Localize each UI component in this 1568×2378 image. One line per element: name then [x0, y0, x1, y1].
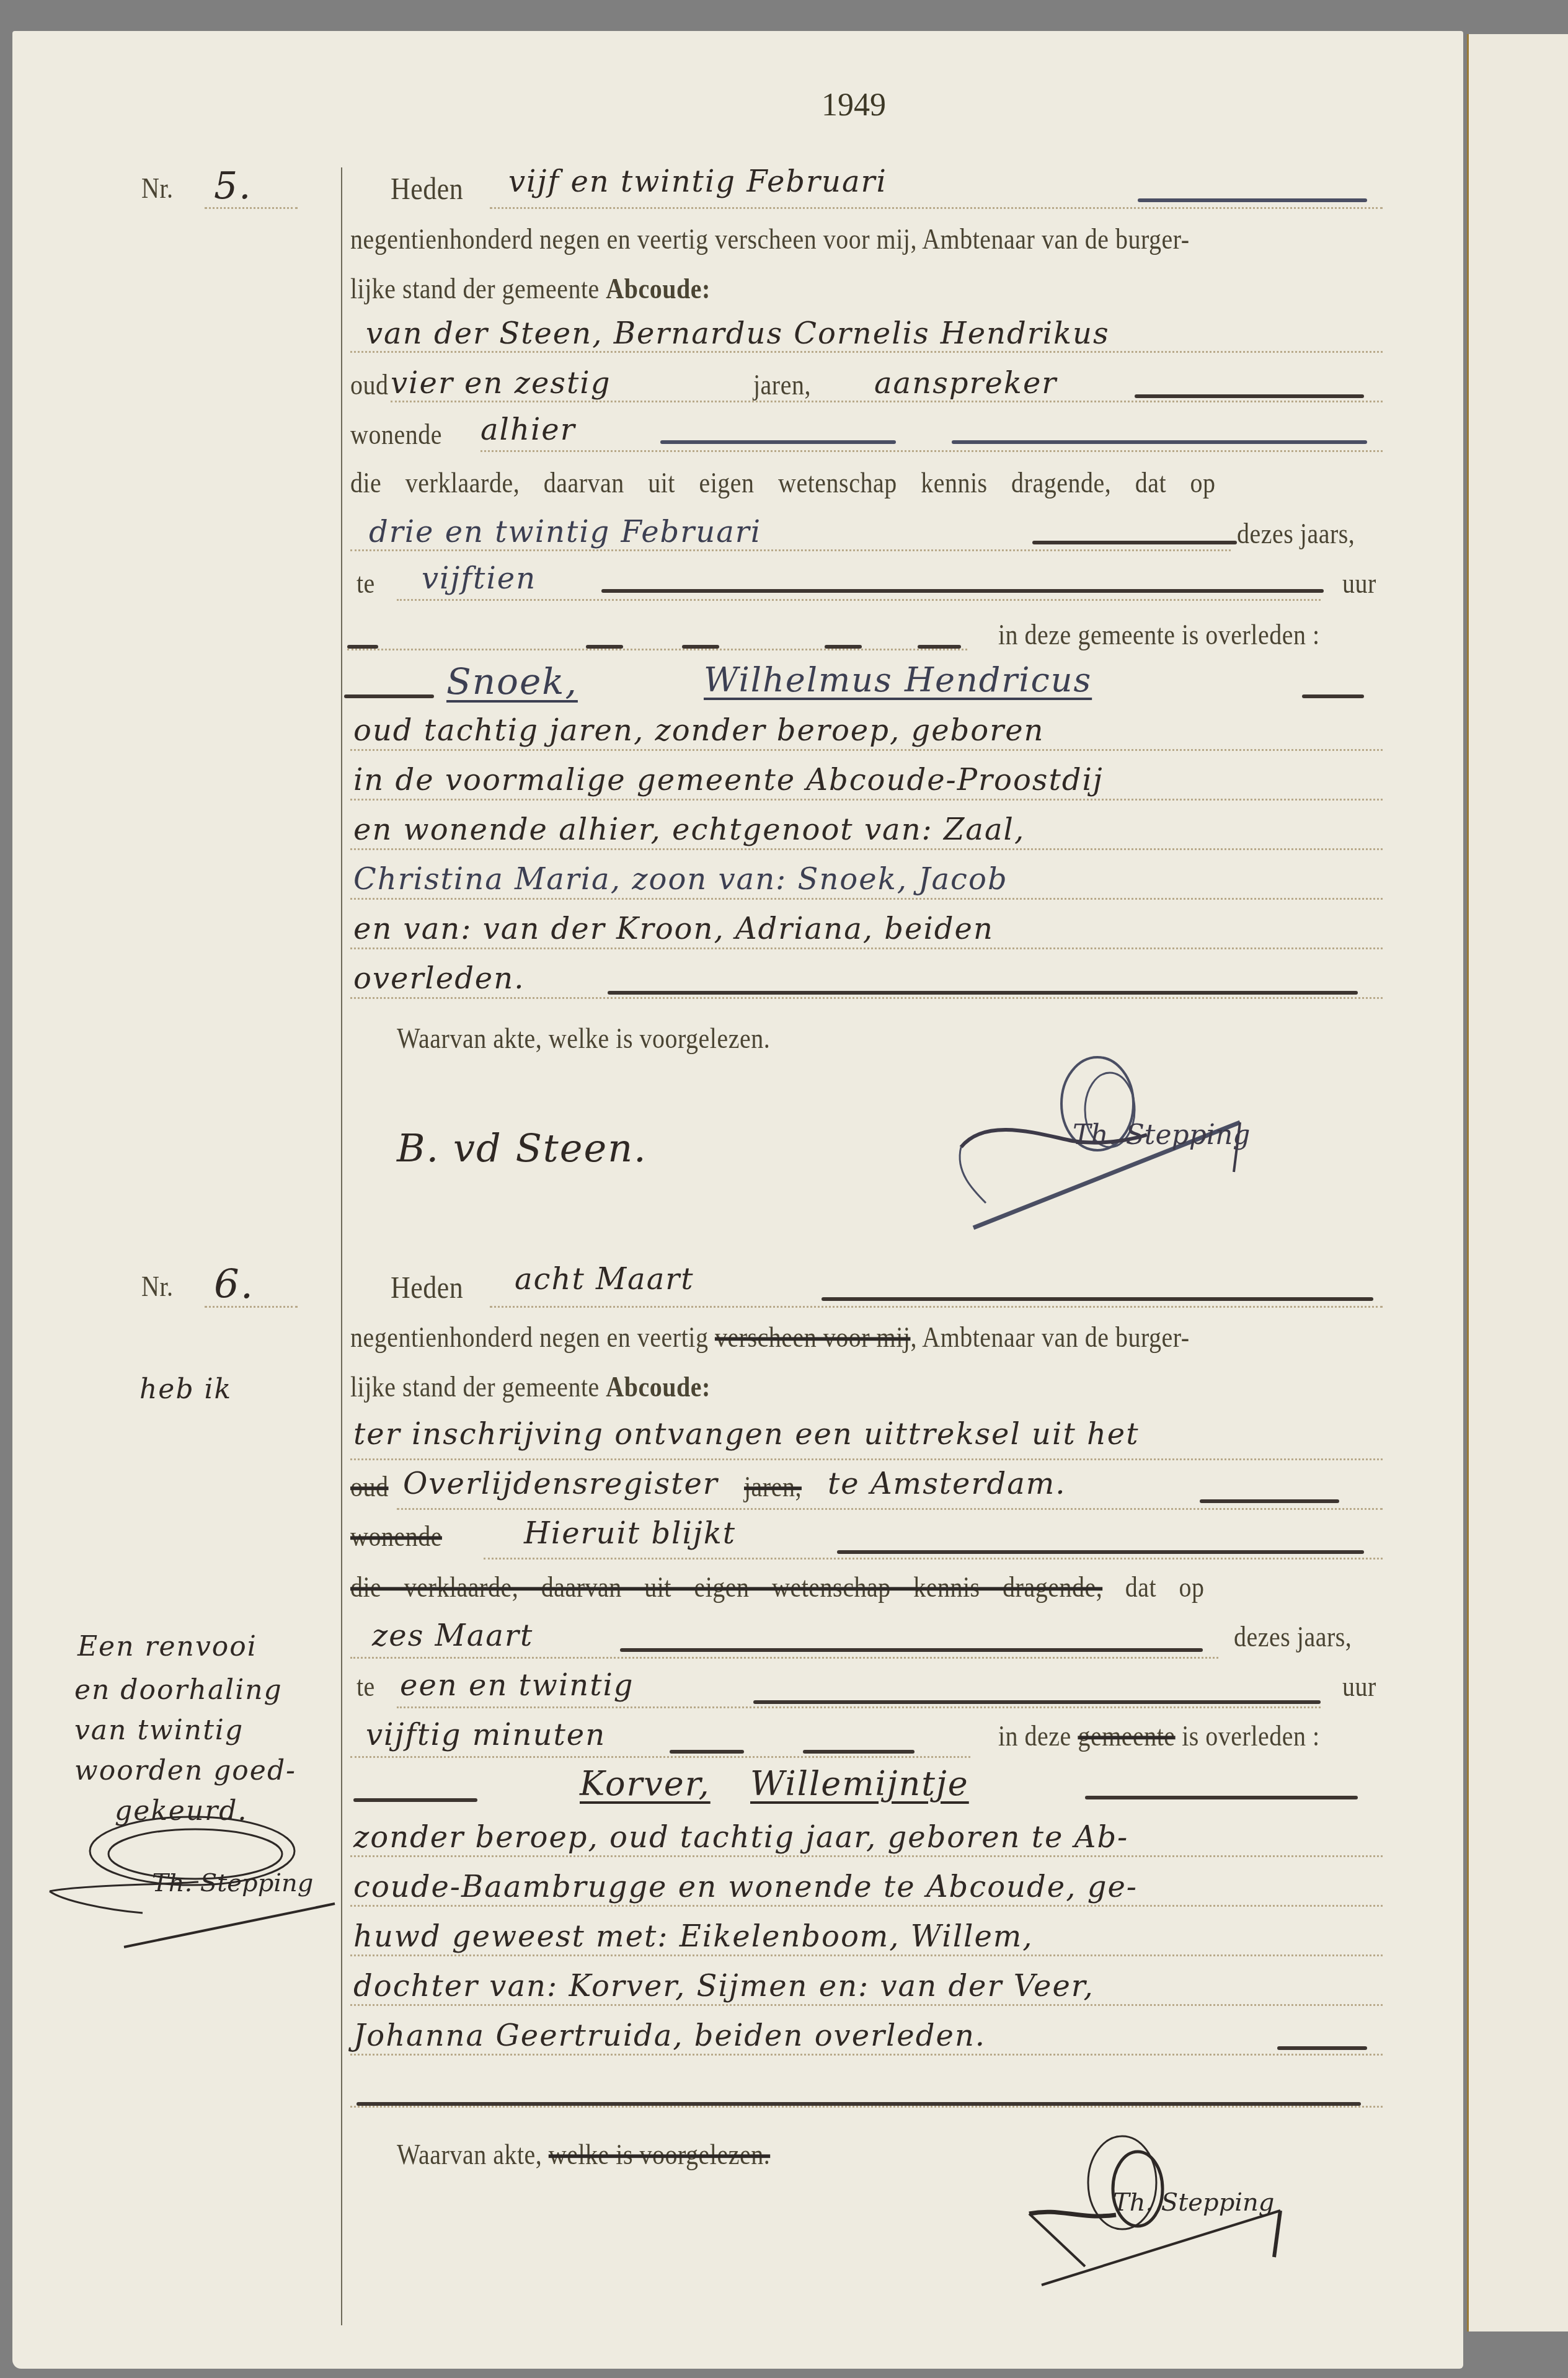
- dotted-line: [490, 1306, 1383, 1308]
- deceased-given-names: Wilhelmus Hendricus: [704, 660, 1092, 699]
- te-label: te: [357, 566, 375, 600]
- occupation-field: aanspreker: [874, 366, 1057, 401]
- heden-label: Heden: [391, 171, 463, 207]
- fill-stroke: [1085, 1796, 1358, 1799]
- fill-stroke: [1200, 1499, 1339, 1503]
- struck-wonende-label: wonende: [350, 1520, 442, 1553]
- dotted-line: [350, 549, 1231, 551]
- dotted-line: [350, 351, 1383, 353]
- dotted-line: [350, 1954, 1383, 1956]
- adjacent-page-edge: [1467, 34, 1568, 2331]
- margin-insert-note: heb ik: [140, 1373, 232, 1405]
- detail-line: Christina Maria, zoon van: Snoek, Jacob: [353, 862, 1008, 897]
- dotted-line: [350, 947, 1383, 949]
- dotted-line: [350, 2004, 1383, 2006]
- dotted-line: [397, 1508, 1383, 1510]
- struck-text: welke is voorgelezen.: [549, 2139, 770, 2171]
- declaration-line: die verklaarde, daarvan uit eigen wetens…: [350, 466, 1216, 499]
- printed-line-3: lijke stand der gemeente Abcoude:: [350, 1370, 711, 1404]
- fill-stroke: [952, 440, 1367, 444]
- renvooi-line: van twintig: [74, 1715, 244, 1746]
- uur-label: uur: [1342, 566, 1376, 600]
- entry-number-label: Nr.: [141, 171, 174, 205]
- date-field: acht Maart: [515, 1262, 694, 1297]
- dotted-line: [350, 848, 1383, 850]
- detail-line: oud tachtig jaren, zonder beroep, gebore…: [353, 713, 1045, 748]
- closing-line: Waarvan akte, welke is voorgelezen.: [397, 2138, 770, 2172]
- margin-signature: Th. Stepping: [43, 1804, 341, 1956]
- official-signature: Th. Stepping: [1004, 2133, 1401, 2297]
- fill-stroke: [822, 1297, 1373, 1301]
- declaration-line: die verklaarde, daarvan uit eigen wetens…: [350, 1571, 1205, 1604]
- dotted-line: [490, 207, 1383, 209]
- death-date-field: drie en twintig Februari: [369, 515, 761, 549]
- register-year: 1949: [822, 87, 886, 123]
- dotted-line: [350, 1756, 970, 1758]
- entry-number-value: 6.: [214, 1262, 254, 1308]
- struck-text: die verklaarde, daarvan uit eigen wetens…: [350, 1571, 1102, 1604]
- dotted-line: [481, 450, 1383, 452]
- official-signature: Th. Stepping: [949, 1048, 1395, 1236]
- dotted-line: [350, 1855, 1383, 1857]
- dotted-line: [205, 1306, 298, 1308]
- dotted-line: [391, 401, 1383, 402]
- fill-stroke: [1277, 2046, 1367, 2050]
- dotted-line: [350, 2054, 1383, 2056]
- jaren-label: jaren,: [753, 368, 811, 401]
- margin-rule-bottom: [341, 1284, 342, 2325]
- printed-line-3: lijke stand der gemeente Abcoude:: [350, 272, 711, 305]
- svg-text:Th. Stepping: Th. Stepping: [1113, 2188, 1274, 2217]
- dotted-line: [350, 898, 1383, 900]
- date-field: vijf en twintig Februari: [508, 164, 887, 199]
- struck-text: gemeente: [1078, 1720, 1175, 1752]
- renvooi-line: woorden goed-: [74, 1755, 296, 1786]
- fill-stroke: [1302, 694, 1364, 698]
- municipality-name: Abcoude:: [606, 272, 710, 304]
- deceased-given-names: Willemijntje: [750, 1764, 969, 1803]
- detail-line: en wonende alhier, echtgenoot van: Zaal,: [353, 812, 1025, 847]
- te-label: te: [357, 1670, 375, 1703]
- dezes-jaars-label: dezes jaars,: [1234, 1620, 1352, 1654]
- fill-stroke: [353, 1798, 477, 1802]
- dotted-line: [350, 1905, 1383, 1907]
- detail-line: en van: van der Kroon, Adriana, beiden: [353, 912, 994, 946]
- dezes-jaars-label: dezes jaars,: [1237, 517, 1355, 550]
- fill-stroke: [660, 440, 896, 444]
- residence-field: alhier: [481, 412, 576, 447]
- entry-number-value: 5.: [214, 164, 252, 208]
- death-date-field: zes Maart: [372, 1618, 533, 1653]
- closing-line: Waarvan akte, welke is voorgelezen.: [397, 1022, 770, 1055]
- dotted-line: [347, 649, 967, 650]
- fill-stroke: [620, 1648, 1203, 1652]
- dotted-line: [205, 207, 298, 209]
- fill-stroke: [357, 2102, 1361, 2106]
- struck-jaren-label: jaren,: [744, 1470, 802, 1504]
- fill-stroke: [837, 1550, 1364, 1554]
- time-field: een en twintig: [400, 1668, 634, 1703]
- wonende-label: wonende: [350, 417, 442, 451]
- svg-text:Th. Stepping: Th. Stepping: [1073, 1119, 1250, 1151]
- dotted-line: [350, 749, 1383, 751]
- renvooi-line: Een renvooi: [78, 1631, 257, 1662]
- margin-rule-top: [341, 167, 342, 1284]
- detail-line: dochter van: Korver, Sijmen en: van der …: [353, 1969, 1094, 2003]
- struck-text: verscheen voor mij: [715, 1321, 911, 1354]
- register-field: Overlijdensregister: [403, 1466, 719, 1501]
- place-field: te Amsterdam.: [828, 1466, 1066, 1501]
- detail-line: coude-Baambrugge en wonende te Abcoude, …: [353, 1870, 1138, 1904]
- dotted-line: [350, 799, 1383, 801]
- detail-line: overleden.: [353, 961, 525, 996]
- fill-stroke: [670, 1750, 744, 1754]
- entry-number-label: Nr.: [141, 1270, 174, 1303]
- dotted-line: [350, 2106, 1383, 2108]
- overleden-label: in deze gemeente is overleden :: [998, 1719, 1320, 1753]
- fill-stroke: [1138, 198, 1367, 202]
- blijkt-field: Hieruit blijkt: [524, 1516, 736, 1551]
- renvooi-line: en doorhaling: [74, 1674, 283, 1706]
- oud-label: oud: [350, 368, 389, 401]
- fill-stroke: [803, 1750, 915, 1754]
- uur-label: uur: [1342, 1670, 1376, 1703]
- fill-stroke: [753, 1700, 1321, 1704]
- fill-stroke: [1135, 394, 1364, 398]
- dotted-line: [350, 1657, 1218, 1659]
- printed-line-2: negentienhonderd negen en veertig versch…: [350, 1321, 1190, 1354]
- detail-line: in de voormalige gemeente Abcoude-Proost…: [353, 763, 1104, 797]
- fill-stroke: [344, 694, 434, 698]
- dotted-line: [397, 1706, 1321, 1708]
- dotted-line: [397, 599, 1321, 601]
- struck-oud-label: oud: [350, 1470, 389, 1504]
- dotted-line: [484, 1558, 1383, 1559]
- fill-stroke: [1032, 541, 1237, 544]
- insert-text-field: ter inschrijving ontvangen een uittrekse…: [353, 1417, 1140, 1452]
- detail-line: zonder beroep, oud tachtig jaar, geboren…: [353, 1820, 1128, 1855]
- deceased-surname: Korver,: [580, 1764, 711, 1803]
- fill-stroke: [601, 589, 1324, 593]
- svg-text:Th. Stepping: Th. Stepping: [152, 1869, 313, 1897]
- detail-line: Johanna Geertruida, beiden overleden.: [353, 2018, 986, 2053]
- fill-stroke: [608, 991, 1358, 995]
- minutes-field: vijftig minuten: [366, 1718, 606, 1752]
- age-field: vier en zestig: [391, 366, 611, 401]
- detail-line: huwd geweest met: Eikelenboom, Willem,: [353, 1919, 1034, 1954]
- declarant-name-field: van der Steen, Bernardus Cornelis Hendri…: [366, 316, 1110, 351]
- dotted-line: [350, 997, 1383, 999]
- dotted-line: [350, 1458, 1383, 1460]
- deceased-surname: Snoek,: [446, 660, 578, 703]
- printed-line-2: negentienhonderd negen en veertig versch…: [350, 222, 1190, 255]
- declarant-signature: B. vd Steen.: [397, 1125, 647, 1171]
- municipality-name: Abcoude:: [606, 1371, 710, 1403]
- time-field: vijftien: [422, 561, 536, 596]
- heden-label: Heden: [391, 1269, 463, 1306]
- overleden-label: in deze gemeente is overleden :: [998, 618, 1320, 651]
